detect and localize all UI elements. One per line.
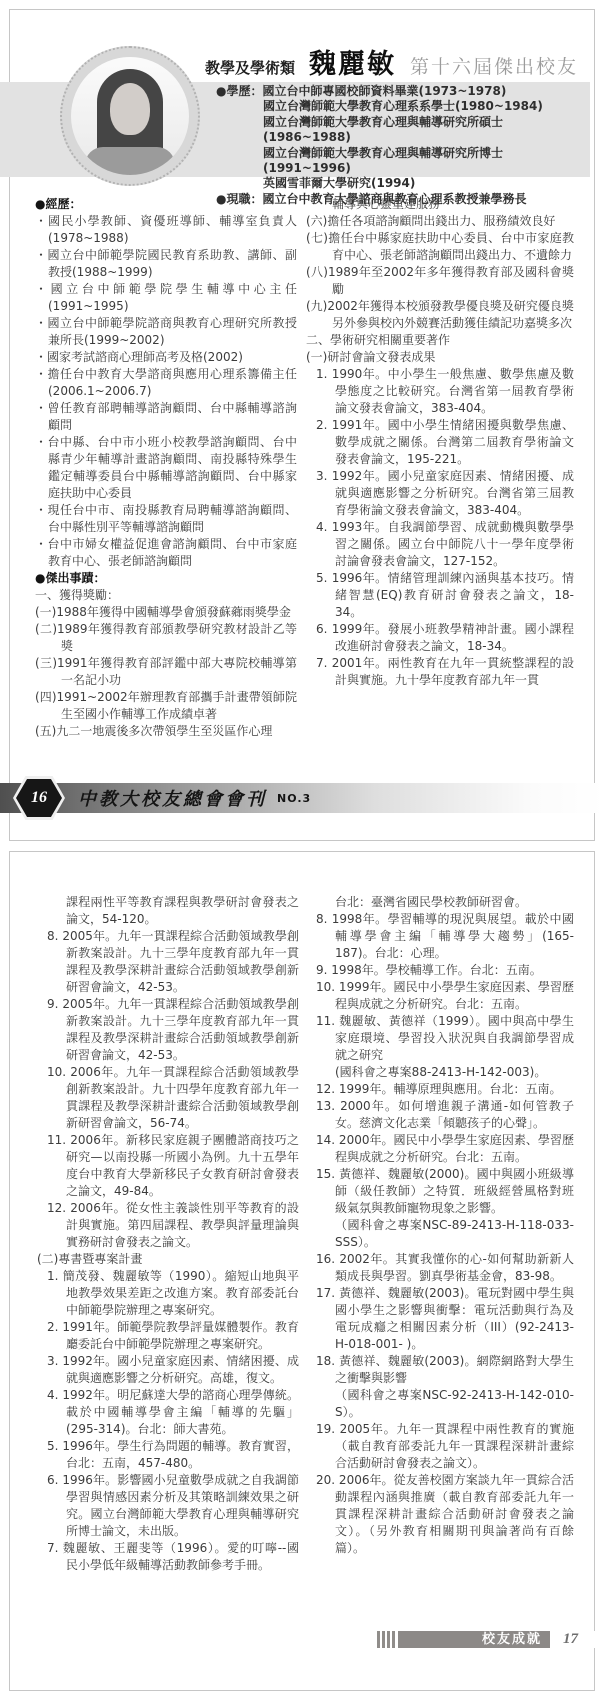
text-line: 11. 魏麗敏、黃德祥（1999）。國中與高中學生家庭環境、學習投入狀況與自我調… — [316, 1013, 574, 1064]
text-line: 10. 1999年。國民中小學學生家庭因素、學習歷程與成就之分析研究。台北：五南… — [316, 979, 574, 1013]
journal-scan: 教學及學術類 魏麗敏 第十六屆傑出校友 ●學歷：國立台中師專國校師資料畢業(19… — [0, 0, 605, 1701]
text-line: ・國立台中師範學院學生輔導中心主任(1991~1995) — [35, 281, 297, 315]
text-line: 6. 1999年。發展小班教學精神計畫。國小課程改進研討會發表之論文，18-34… — [316, 621, 574, 655]
education-line: 國立台灣師範大學教育心理與輔導研究所碩士(1986~1988) — [216, 115, 590, 146]
page2-left-column: 課程兩性平等教育課程與教學研討會發表之論文，54-120。8. 2005年。九年… — [37, 894, 299, 1574]
text-line: (一)研討會論文發表成果 — [306, 349, 574, 366]
education-text: 國立台中師專國校師資料畢業(1973~1978) — [262, 84, 506, 98]
text-line: 2. 1991年。國中小學生情緒困擾與數學焦慮、數學成就之關係。台灣第二屆教育學… — [316, 417, 574, 468]
education-line: 國立台灣師範大學教育心理系系學士(1980~1984) — [216, 99, 590, 114]
text-line: ●經歷： — [35, 196, 297, 213]
page1-right-column: 輔導與心靈重建服務(六)擔任各項諮詢顧問出錢出力、服務績效良好(七)擔任台中縣家… — [306, 196, 574, 689]
text-line: ・國家考試諮商心理師高考及格(2002) — [35, 349, 297, 366]
text-line: 16. 2002年。其實我懂你的心-如何幫助新新人類成長與學習。劉真學術基金會，… — [316, 1251, 574, 1285]
text-line: ・國民小學教師、資優班導師、輔導室負責人(1978~1988) — [35, 213, 297, 247]
text-line: (七)擔任台中縣家庭扶助中心委員、台中市家庭教育中心、張老師諮詢顧問出錢出力、不… — [306, 230, 574, 264]
portrait-face — [110, 83, 150, 135]
category-label: 教學及學術類 — [205, 57, 295, 78]
text-line: （國科會之專案NSC-89-2413-H-118-033-SSS）。 — [316, 1217, 574, 1251]
text-line: 二、學術研究相關重要著作 — [306, 332, 574, 349]
text-line: 10. 2006年。九年一貫課程綜合活動領域教學創新教案設計。九十四學年度教育部… — [47, 1064, 299, 1132]
text-line: (九)2002年獲得本校頒發教學優良獎及研究優良獎 — [306, 298, 574, 315]
text-line: 另外參與校內外競賽活動獲佳績記功嘉獎多次 — [306, 315, 574, 332]
text-line: 4. 1992年。明尼蘇達大學的諮商心理學傳統。載於中國輔導學會主編「輔導的先驅… — [47, 1387, 299, 1438]
text-line: 17. 黃德祥、魏麗敏(2003)。電玩對國中學生與國小學生之影響與衝擊：電玩活… — [316, 1285, 574, 1353]
education-line: 英國雪菲爾大學研究(1994) — [216, 176, 590, 191]
text-line: 19. 2005年。九年一貫課程中兩性教育的實施（載自教育部委託九年一貫課程深耕… — [316, 1421, 574, 1472]
text-line: ・台中市婦女權益促進會諮詢顧問、台中市家庭教育中心、張老師諮詢顧問 — [35, 536, 297, 570]
page1-footer-bar: 中教大校友總會會刊 NO.3 — [0, 783, 605, 813]
text-line: 4. 1993年。自我調節學習、成就動機與數學學習之關係。國立台中師院八十一學年… — [316, 519, 574, 570]
text-line: (八)1989年至2002年多年獲得教育部及國科會獎勵 — [306, 264, 574, 298]
page-number-17: 17 — [554, 1631, 605, 1648]
page-number-16: 16 — [16, 779, 62, 817]
text-line: (三)1991年獲得教育部評鑑中部大專院校輔導第一名記小功 — [35, 655, 297, 689]
alumni-portrait — [60, 46, 200, 186]
text-line: 1. 1990年。中小學生一般焦慮、數學焦慮及數學態度之比較研究。台灣省第一屆教… — [316, 366, 574, 417]
text-line: 15. 黃德祥、魏麗敏(2000)。國中與國小班級導師（級任教師）之特質．班級經… — [316, 1166, 574, 1217]
text-line: 課程兩性平等教育課程與教學研討會發表之論文，54-120。 — [47, 894, 299, 928]
text-line: (二)1989年獲得教育部頒教學研究教材設計乙等獎 — [35, 621, 297, 655]
education-block: ●學歷：國立台中師專國校師資料畢業(1973~1978) 國立台灣師範大學教育心… — [216, 84, 590, 207]
text-line: 1. 簡茂發、魏麗敏等（1990）。縮短山地與平地教學效果差距之改進方案。教育部… — [47, 1268, 299, 1319]
text-line: ・國立台中師範學院諮商與教育心理研究所教授兼所長(1999~2002) — [35, 315, 297, 349]
education-label: ●學歷： — [216, 84, 262, 98]
footer-stripes-decoration — [377, 1631, 395, 1648]
education-line: 國立台灣師範大學教育心理與輔導研究所博士(1991~1996) — [216, 146, 590, 177]
text-line: 2. 1991年。師範學院教學評量媒體製作。教育廳委託台中師範學院辦理之專案研究… — [47, 1319, 299, 1353]
education-line: ●學歷：國立台中師專國校師資料畢業(1973~1978) — [216, 84, 590, 99]
text-line: (二)專書暨專案計畫 — [37, 1251, 299, 1268]
text-line: (四)1991~2002年辦理教育部攜手計畫帶領師院生至國小作輔導工作成績卓著 — [35, 689, 297, 723]
header-title-row: 教學及學術類 魏麗敏 第十六屆傑出校友 — [205, 42, 578, 81]
page2-right-column: 台北：臺灣省國民學校教師研習會。8. 1998年。學習輔導的現況與展望。載於中國… — [306, 894, 574, 1557]
text-line: 6. 1996年。影響國小兒童數學成就之自我調節學習與情感因素分析及其策略訓練效… — [47, 1472, 299, 1540]
text-line: 一、獲得獎勵： — [35, 587, 297, 604]
text-line: （國科會之專案NSC-92-2413-H-142-010-S）。 — [316, 1387, 574, 1421]
alumni-name: 魏麗敏 — [309, 42, 396, 81]
journal-title: 中教大校友總會會刊 — [78, 785, 267, 811]
honor-title: 第十六屆傑出校友 — [410, 52, 578, 79]
text-line: (五)九二一地震後多次帶領學生至災區作心理 — [35, 723, 297, 740]
text-line: 7. 2001年。兩性教育在九年一貫統整課程的設計與實施。九十學年度教育部九年一… — [316, 655, 574, 689]
page1-left-column: ●經歷：・國民小學教師、資優班導師、輔導室負責人(1978~1988)・國立台中… — [35, 196, 297, 740]
text-line: 9. 1998年。學校輔導工作。台北：五南。 — [316, 962, 574, 979]
text-line: 8. 2005年。九年一貫課程綜合活動領域教學創新教案設計。九十三學年度教育部九… — [47, 928, 299, 996]
text-line: (一)1988年獲得中國輔導學會頒發蘇薌雨獎學金 — [35, 604, 297, 621]
text-line: 11. 2006年。新移民家庭親子團體諮商技巧之研究—以南投縣一所國小為例。九十… — [47, 1132, 299, 1200]
text-line: ・曾任教育部聘輔導諮詢顧問、台中縣輔導諮詢顧問 — [35, 400, 297, 434]
text-line: ・現任台中市、南投縣教育局聘輔導諮詢顧問、台中縣性別平等輔導諮詢顧問 — [35, 502, 297, 536]
text-line: 輔導與心靈重建服務 — [306, 196, 574, 213]
text-line: (六)擔任各項諮詢顧問出錢出力、服務績效良好 — [306, 213, 574, 230]
text-line: ・擔任台中教育大學諮商與應用心理系籌備主任(2006.1~2006.7) — [35, 366, 297, 400]
text-line: 台北：臺灣省國民學校教師研習會。 — [316, 894, 574, 911]
text-line: 3. 1992年。國小兒童家庭因素、情緒困擾、成就與適應影響之分析研究。台灣省第… — [316, 468, 574, 519]
text-line: 3. 1992年。國小兒童家庭因素、情緒困擾、成就與適應影響之分析研究。高雄，復… — [47, 1353, 299, 1387]
text-line: (國科會之專案88-2413-H-142-003)。 — [316, 1064, 574, 1081]
text-line: 5. 1996年。情緒管理訓練內涵與基本技巧。情緒智慧(EQ)教育研討會發表之論… — [316, 570, 574, 621]
text-line: 8. 1998年。學習輔導的現況與展望。載於中國輔導學會主編「輔導學大趨勢」(1… — [316, 911, 574, 962]
text-line: ●傑出事蹟： — [35, 570, 297, 587]
section-footer-bar: 校友成就 — [398, 1631, 550, 1648]
text-line: ・台中縣、台中市小班小校教學諮詢顧問、台中縣青少年輔導計畫諮詢顧問、南投縣特殊學… — [35, 434, 297, 502]
text-line: 9. 2005年。九年一貫課程綜合活動領域教學創新教案設計。九十三學年度教育部九… — [47, 996, 299, 1064]
text-line: 5. 1996年。學生行為問題的輔導。教育實習，台北：五南，457-480。 — [47, 1438, 299, 1472]
text-line: ・國立台中師範學院國民教育系助教、講師、副教授(1988~1999) — [35, 247, 297, 281]
text-line: 18. 黃德祥、魏麗敏(2003)。網際網路對大學生之衝擊與影響 — [316, 1353, 574, 1387]
text-line: 14. 2000年。國民中小學學生家庭因素、學習歷程與成就之分析研究。台北：五南… — [316, 1132, 574, 1166]
portrait-photo — [71, 57, 189, 175]
text-line: 12. 2006年。從女性主義談性別平等教育的設計與實施。第四屆課程、教學與評量… — [47, 1200, 299, 1251]
text-line: 7. 魏麗敏、王麗斐等（1996）。愛的叮嚀--國民小學低年級輔導活動教師參考手… — [47, 1540, 299, 1574]
portrait-torso — [85, 147, 175, 175]
issue-number: NO.3 — [277, 792, 311, 805]
text-line: 20. 2006年。從友善校園方案談九年一貫綜合活動課程內涵與推廣（載自教育部委… — [316, 1472, 574, 1557]
text-line: 12. 1999年。輔導原理與應用。台北：五南。 — [316, 1081, 574, 1098]
text-line: 13. 2000年。如何增進親子溝通-如何管教子女。慈濟文化志業「傾聽孩子的心聲… — [316, 1098, 574, 1132]
